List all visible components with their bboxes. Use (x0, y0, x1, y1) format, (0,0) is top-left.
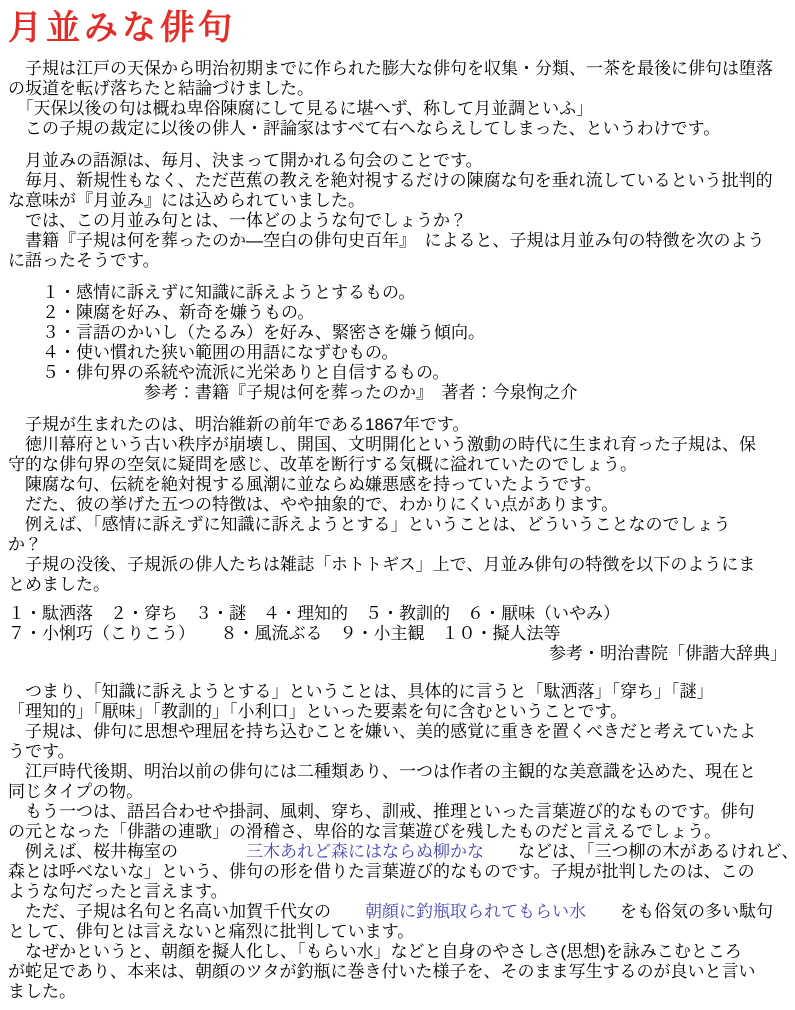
text-line: ４・使い慣れた狭い範囲の用語になずむもの。 (8, 343, 787, 363)
text-segment: 陳腐な句、伝統を絶対視する風潮に並ならぬ嫌悪感を持っていたようです。 (8, 475, 602, 494)
text-line: ７・小悧巧（こりこう） ８・風流ぶる ９・小主観 １０・擬人法等 (8, 624, 787, 644)
text-segment: などは、「三つ柳の木があるけれど、 (484, 842, 795, 861)
text-segment: だた、彼の挙げた五つの特徴は、やや抽象的で、わかりにくい点があります。 (8, 495, 618, 514)
text-segment: １・感情に訴えずに知識に訴えようとするもの。 (8, 283, 415, 302)
text-line: ました。 (8, 982, 787, 1002)
text-line: なぜかというと、朝顔を擬人化し、「もらい水」などと自身のやさしさ(思想)を詠みこ… (8, 942, 787, 962)
text-line: 子規の没後、子規派の俳人たちは雑誌「ホトトギス」上で、月並み俳句の特徴を以下のよ… (8, 555, 787, 575)
text-segment: では、この月並み句とは、一体どのような句でしょうか？ (8, 211, 467, 230)
text-segment: 例えば、「感情に訴えずに知識に訴えようとする」ということは、どういうことなのでし… (8, 515, 731, 534)
text-segment: 「理知的」「厭味」「教訓的」「小利口」といった要素を句に含むということです。 (8, 702, 627, 721)
text-line: つまり、「知識に訴えようとする」ということは、具体的に言うと「駄洒落」「穿ち」「… (8, 682, 787, 702)
text-segment: 子規が生まれたのは、明治維新の前年である1867年です。 (8, 415, 469, 434)
text-line: 子規が生まれたのは、明治維新の前年である1867年です。 (8, 415, 787, 435)
text-segment: うです。 (8, 742, 75, 761)
text-line: ５・俳句界の系統や流派に光栄ありと自信するもの。 (8, 363, 787, 383)
reference-line: 参考・明治書院「俳諧大辞典」 (8, 644, 787, 664)
text-line: な意味が『月並み』には込められていました。 (8, 191, 787, 211)
text-line: もう一つは、語呂合わせや掛詞、風刺、穿ち、訓戒、推理といった言葉遊び的なものです… (8, 802, 787, 822)
text-line: １・感情に訴えずに知識に訴えようとするもの。 (8, 283, 787, 303)
text-segment: 月並みの語源は、毎月、決まって開かれる句会のことです。 (8, 151, 483, 170)
text-line: ような句だったと言えます。 (8, 882, 787, 902)
text-line: の坂道を転げ落ちたと結論づけました。 (8, 79, 787, 99)
text-segment: 守的な俳句界の空気に疑問を感じ、改革を断行する気概に溢れていたのでしょう。 (8, 455, 637, 474)
haiku-umemuro: 三木あれど森にはならぬ柳かな (246, 842, 484, 861)
text-segment: ３・言語のかいし（たるみ）を好み、緊密さを嫌う傾向。 (8, 323, 485, 342)
text-segment: 子規は、俳句に思想や理屈を持ち込むことを嫌い、美的感覚に重きを置くべきだと考えて… (8, 722, 756, 741)
text-segment: ４・使い慣れた狭い範囲の用語になずむもの。 (8, 343, 398, 362)
text-segment: 「天保以後の句は概ね卑俗陳腐にして見るに堪へず、称して月並調といふ」 (8, 99, 593, 118)
text-line: 同じタイプの物。 (8, 782, 787, 802)
text-segment: 例えば、桜井梅室の (8, 842, 246, 861)
text-line: に語ったそうです。 (8, 251, 787, 271)
text-segment: 江戸時代後期、明治以前の俳句には二種類あり、一つは作者の主観的な美意識を込めた、… (8, 762, 756, 781)
text-line: 「理知的」「厭味」「教訓的」「小利口」といった要素を句に含むということです。 (8, 702, 787, 722)
text-segment: この子規の裁定に以後の俳人・評論家はすべて右へならえしてしまった、というわけです… (8, 119, 720, 138)
text-line: とめました。 (8, 575, 787, 595)
text-line: か？ (8, 535, 787, 555)
text-line: が蛇足であり、本来は、朝顔のツタが釣瓶に巻き付いた様子を、そのまま写生するのが良… (8, 962, 787, 982)
text-segment: か？ (8, 535, 42, 554)
text-line: 陳腐な句、伝統を絶対視する風潮に並ならぬ嫌悪感を持っていたようです。 (8, 475, 787, 495)
text-line: 毎月、新規性もなく、ただ芭蕉の教えを絶対視するだけの陳腐な句を垂れ流しているとい… (8, 171, 787, 191)
text-segment: もう一つは、語呂合わせや掛詞、風刺、穿ち、訓戒、推理といった言葉遊び的なものです… (8, 802, 755, 821)
text-segment: 徳川幕府という古い秩序が崩壊し、開国、文明開化という激動の時代に生まれ育った子規… (8, 435, 756, 454)
text-segment: ました。 (8, 982, 76, 1001)
document-body: 子規は江戸の天保から明治初期までに作られた膨大な俳句を収集・分類、一茶を最後に俳… (8, 59, 787, 1002)
document-page: 月並みな俳句 子規は江戸の天保から明治初期までに作られた膨大な俳句を収集・分類、… (0, 0, 795, 1010)
para-shiki-background: 子規が生まれたのは、明治維新の前年である1867年です。 徳川幕府という古い秩序… (8, 415, 787, 595)
text-segment: の元となった「俳諧の連歌」の滑稽さ、卑俗的な言葉遊びを残したものだと言えるでしょ… (8, 822, 721, 841)
text-segment: とめました。 (8, 575, 110, 594)
text-line: 月並みの語源は、毎月、決まって開かれる句会のことです。 (8, 151, 787, 171)
text-line: 守的な俳句界の空気に疑問を感じ、改革を断行する気概に溢れていたのでしょう。 (8, 455, 787, 475)
text-segment: １・駄洒落 ２・穿ち ３・謎 ４・理知的 ５・教訓的 ６・厭味（いやみ） (8, 604, 620, 623)
list-tsukinami-five-features: １・感情に訴えずに知識に訴えようとするもの。 ２・陳腐を好み、新奇を嫌うもの。 … (8, 283, 787, 403)
page-title: 月並みな俳句 (8, 10, 787, 47)
text-segment: 毎月、新規性もなく、ただ芭蕉の教えを絶対視するだけの陳腐な句を垂れ流しているとい… (8, 171, 773, 190)
text-line: 例えば、「感情に訴えずに知識に訴えようとする」ということは、どういうことなのでし… (8, 515, 787, 535)
text-segment: 参考・明治書院「俳諧大辞典」 (549, 644, 787, 663)
text-segment: をも俗気の多い駄句 (586, 902, 773, 921)
text-line: 「天保以後の句は概ね卑俗陳腐にして見るに堪へず、称して月並調といふ」 (8, 99, 787, 119)
text-line: １・駄洒落 ２・穿ち ３・謎 ４・理知的 ５・教訓的 ６・厭味（いやみ） (8, 604, 787, 624)
text-segment: に語ったそうです。 (8, 251, 160, 270)
text-segment: ような句だったと言えます。 (8, 882, 228, 901)
text-line: 江戸時代後期、明治以前の俳句には二種類あり、一つは作者の主観的な美意識を込めた、… (8, 762, 787, 782)
text-line: 森とは呼べないな」という、俳句の形を借りた言葉遊び的なものです。子規が批判したの… (8, 862, 787, 882)
text-segment: として、俳句とは言えないと痛烈に批判しています。 (8, 922, 414, 941)
text-line: では、この月並み句とは、一体どのような句でしょうか？ (8, 211, 787, 231)
text-segment: 森とは呼べないな」という、俳句の形を借りた言葉遊び的なものです。子規が批判したの… (8, 862, 755, 881)
haiku-chiyojo: 朝顔に釣瓶取られてもらい水 (365, 902, 586, 921)
para-shiki-verdict: 子規は江戸の天保から明治初期までに作られた膨大な俳句を収集・分類、一茶を最後に俳… (8, 59, 787, 139)
text-segment: 参考：書籍『子規は何を葬ったのか』 著者：今泉恂之介 (8, 383, 578, 402)
text-line: 子規は、俳句に思想や理屈を持ち込むことを嫌い、美的感覚に重きを置くべきだと考えて… (8, 722, 787, 742)
text-line: うです。 (8, 742, 787, 762)
text-segment: なぜかというと、朝顔を擬人化し、「もらい水」などと自身のやさしさ(思想)を詠みこ… (8, 942, 742, 961)
text-segment: 子規は江戸の天保から明治初期までに作られた膨大な俳句を収集・分類、一茶を最後に俳… (8, 59, 773, 78)
text-segment: 書籍『子規は何を葬ったのか―空白の俳句史百年』 によると、子規は月並み句の特徴を… (8, 231, 765, 250)
text-line: だた、彼の挙げた五つの特徴は、やや抽象的で、わかりにくい点があります。 (8, 495, 787, 515)
text-segment: 同じタイプの物。 (8, 782, 143, 801)
text-line: 徳川幕府という古い秩序が崩壊し、開国、文明開化という激動の時代に生まれ育った子規… (8, 435, 787, 455)
text-line: ２・陳腐を好み、新奇を嫌うもの。 (8, 303, 787, 323)
text-segment: ５・俳句界の系統や流派に光栄ありと自信するもの。 (8, 363, 449, 382)
list-hototogisu-ten-features: １・駄洒落 ２・穿ち ３・謎 ４・理知的 ５・教訓的 ６・厭味（いやみ）７・小悧… (8, 604, 787, 664)
text-segment: ただ、子規は名句と名高い加賀千代女の (8, 902, 365, 921)
text-line: として、俳句とは言えないと痛烈に批判しています。 (8, 922, 787, 942)
para-tsukinami-etymology: 月並みの語源は、毎月、決まって開かれる句会のことです。 毎月、新規性もなく、ただ… (8, 151, 787, 271)
text-line: 例えば、桜井梅室の 三木あれど森にはならぬ柳かな などは、「三つ柳の木があるけれ… (8, 842, 787, 862)
text-line: この子規の裁定に以後の俳人・評論家はすべて右へならえしてしまった、というわけです… (8, 119, 787, 139)
text-line: 書籍『子規は何を葬ったのか―空白の俳句史百年』 によると、子規は月並み句の特徴を… (8, 231, 787, 251)
text-segment: つまり、「知識に訴えようとする」ということは、具体的に言うと「駄洒落」「穿ち」「… (8, 682, 714, 701)
text-segment: ７・小悧巧（こりこう） ８・風流ぶる ９・小主観 １０・擬人法等 (8, 624, 561, 643)
text-segment: ２・陳腐を好み、新奇を嫌うもの。 (8, 303, 314, 322)
text-line: 子規は江戸の天保から明治初期までに作られた膨大な俳句を収集・分類、一茶を最後に俳… (8, 59, 787, 79)
text-line: ３・言語のかいし（たるみ）を好み、緊密さを嫌う傾向。 (8, 323, 787, 343)
text-segment: な意味が『月並み』には込められていました。 (8, 191, 365, 210)
text-segment: の坂道を転げ落ちたと結論づけました。 (8, 79, 314, 98)
reference-line: 参考：書籍『子規は何を葬ったのか』 著者：今泉恂之介 (8, 383, 787, 403)
text-segment: 子規の没後、子規派の俳人たちは雑誌「ホトトギス」上で、月並み俳句の特徴を以下のよ… (8, 555, 755, 574)
text-line: ただ、子規は名句と名高い加賀千代女の 朝顔に釣瓶取られてもらい水 をも俗気の多い… (8, 902, 787, 922)
para-analysis: つまり、「知識に訴えようとする」ということは、具体的に言うと「駄洒落」「穿ち」「… (8, 682, 787, 1002)
text-segment: が蛇足であり、本来は、朝顔のツタが釣瓶に巻き付いた様子を、そのまま写生するのが良… (8, 962, 756, 981)
text-line: の元となった「俳諧の連歌」の滑稽さ、卑俗的な言葉遊びを残したものだと言えるでしょ… (8, 822, 787, 842)
